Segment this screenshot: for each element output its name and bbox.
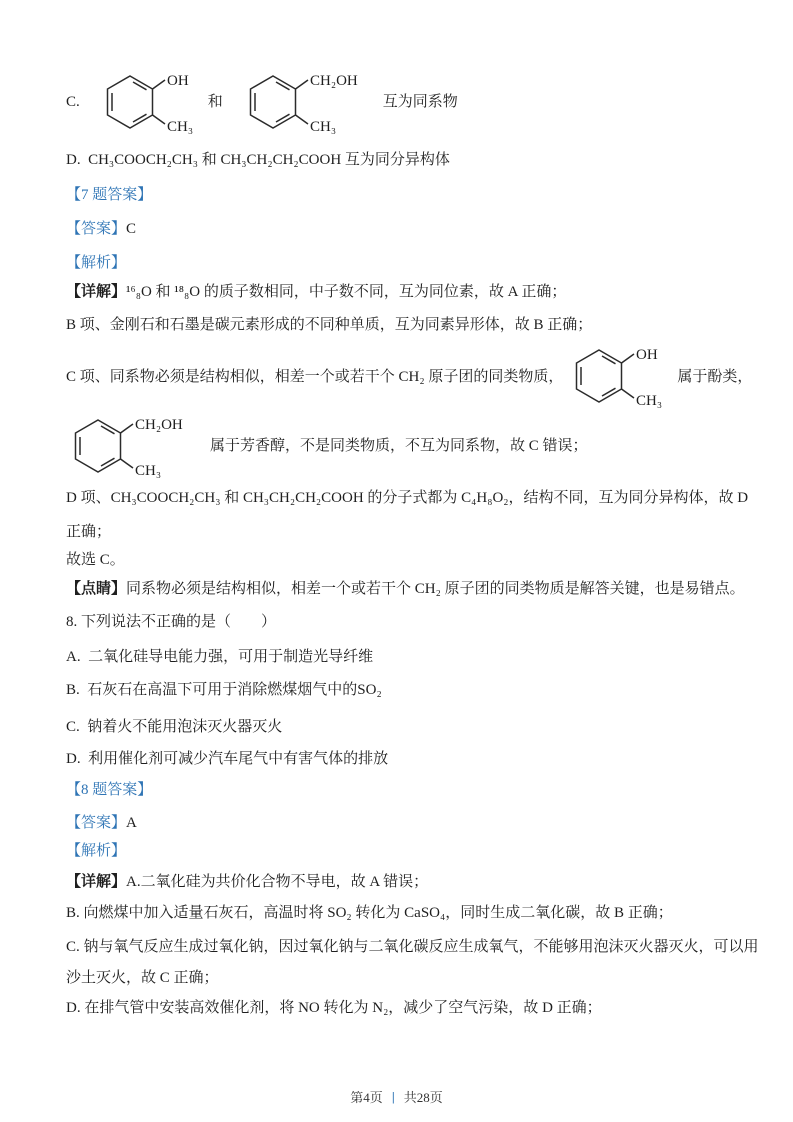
footer-total-pages: 共28页	[404, 1087, 443, 1106]
q7-answer-label: 【答案】	[66, 221, 126, 237]
q7-answer-row: 【答案】C	[66, 218, 136, 240]
q8-detail-line-c1: C. 钠与氧气反应生成过氧化钠，因过氧化钠与二氧化碳反应生成氧气，不能够用泡沫灭…	[66, 936, 759, 958]
q8-option-d: D. 利用催化剂可减少汽车尾气中有害气体的排放	[66, 748, 388, 770]
substituent-label-bottom: CH₃	[636, 393, 662, 409]
q8-option-b-text: 石灰石在高温下可用于消除燃煤烟气中的SO₂	[87, 682, 381, 698]
q7-tip-text: 同系物必须是结构相似，相差一个或若干个 CH₂ 原子团的同类物质是解答关键，也是…	[126, 581, 745, 597]
q7-answer-header: 【7 题答案】	[66, 184, 152, 206]
q8-answer-row: 【答案】A	[66, 812, 137, 834]
q7-option-d-text: CH₃COOCH₂CH₃ 和 CH₃CH₂CH₂COOH 互为同分异构体	[88, 152, 450, 168]
substituent-label-top: CH₂OH	[135, 417, 183, 433]
q8-answer-header: 【8 题答案】	[66, 779, 152, 801]
q7-answer-value: C	[126, 221, 136, 237]
q7-detail-line-c2: CH₂OH CH₃ 属于芳香醇，不是同类物质，不互为同系物，故 C 错误；	[66, 410, 588, 482]
q8-detail-line-a: 【详解】A.二氧化硅为共价化合物不导电，故 A 错误；	[66, 871, 428, 893]
q7-detail-c-mid: 属于酚类，	[677, 366, 752, 388]
q7-analysis-label: 【解析】	[66, 252, 126, 274]
q8-option-d-text: 利用催化剂可减少汽车尾气中有害气体的排放	[88, 751, 388, 767]
q8-detail-line-b: B. 向燃煤中加入适量石灰石，高温时将 SO₂ 转化为 CaSO₄，同时生成二氧…	[66, 902, 673, 924]
benzene-ring-diagram-phenol-small: OH CH₃	[563, 338, 663, 416]
q7-option-c-text: 互为同系物	[383, 91, 458, 113]
footer-page-number: 第4页	[350, 1087, 383, 1106]
q8-analysis-label: 【解析】	[66, 840, 126, 862]
q7-option-c-label: C.	[66, 91, 80, 113]
q7-tip-label: 【点睛】	[66, 581, 126, 597]
q7-detail-label: 【详解】	[66, 284, 126, 300]
q8-option-b: B. 石灰石在高温下可用于消除燃煤烟气中的SO₂	[66, 679, 382, 701]
q7-conclusion: 故选 C。	[66, 549, 125, 571]
q8-detail-a-text: A.二氧化硅为共价化合物不导电，故 A 错误；	[126, 874, 428, 890]
q8-option-c: C. 钠着火不能用泡沫灭火器灭火	[66, 716, 282, 738]
footer-separator: |	[392, 1089, 395, 1105]
substituent-label-top: OH	[167, 73, 189, 89]
q8-option-b-label: B.	[66, 682, 80, 698]
benzene-ring-diagram-alcohol-small: CH₂OH CH₃	[66, 410, 194, 482]
substituent-label-bottom: CH₃	[135, 463, 161, 479]
q7-tip-line: 【点睛】同系物必须是结构相似，相差一个或若干个 CH₂ 原子团的同类物质是解答关…	[66, 578, 745, 600]
substituent-label-bottom: CH₃	[310, 119, 336, 135]
q7-detail-c-prefix: C 项、同系物必须是结构相似，相差一个或若干个 CH₂ 原子团的同类物质，	[66, 366, 563, 388]
q8-option-d-label: D.	[66, 751, 81, 767]
q8-option-a: A. 二氧化硅导电能力强，可用于制造光导纤维	[66, 646, 373, 668]
q7-detail-line-d2: 正确；	[66, 521, 111, 543]
q7-detail-line-a: 【详解】¹⁶₈O 和 ¹⁸₈O 的质子数相同，中子数不同，互为同位素，故 A 正…	[66, 281, 566, 303]
q7-option-d-label: D.	[66, 152, 81, 168]
q8-detail-label: 【详解】	[66, 874, 126, 890]
substituent-label-top: OH	[636, 347, 658, 363]
q8-answer-label: 【答案】	[66, 815, 126, 831]
q7-option-d: D. CH₃COOCH₂CH₃ 和 CH₃CH₂CH₂COOH 互为同分异构体	[66, 149, 450, 171]
q7-detail-line-c1: C 项、同系物必须是结构相似，相差一个或若干个 CH₂ 原子团的同类物质， OH…	[66, 338, 752, 416]
q8-option-a-text: 二氧化硅导电能力强，可用于制造光导纤维	[88, 649, 373, 665]
q8-answer-value: A	[126, 815, 137, 831]
substituent-label-top: CH₂OH	[310, 73, 358, 89]
q7-detail-line-d1: D 项、CH₃COOCH₂CH₃ 和 CH₃CH₂CH₂COOH 的分子式都为 …	[66, 487, 748, 509]
q8-stem: 8. 下列说法不正确的是（ ）	[66, 611, 276, 633]
q7-option-c-and: 和	[208, 91, 223, 113]
q8-option-a-label: A.	[66, 649, 81, 665]
q8-detail-line-c2: 沙土灭火，故 C 正确；	[66, 967, 219, 989]
q7-detail-a-text: ¹⁶₈O 和 ¹⁸₈O 的质子数相同，中子数不同，互为同位素，故 A 正确；	[126, 284, 566, 300]
q7-detail-line-b: B 项、金刚石和石墨是碳元素形成的不同种单质，互为同素异形体，故 B 正确；	[66, 314, 592, 336]
q7-detail-c-suffix: 属于芳香醇，不是同类物质，不互为同系物，故 C 错误；	[210, 435, 588, 457]
q8-option-c-label: C.	[66, 719, 80, 735]
substituent-label-bottom: CH₃	[167, 119, 193, 135]
q8-detail-line-d: D. 在排气管中安装高效催化剂，将 NO 转化为 N₂，减少了空气污染，故 D …	[66, 997, 602, 1019]
benzene-ring-diagram-phenol: OH CH₃	[86, 56, 202, 148]
page-footer: 第4页 | 共28页	[0, 1087, 793, 1106]
document-page: C. OH CH₃ 和 CH₂OH CH₃	[0, 0, 793, 1122]
benzene-ring-diagram-alcohol: CH₂OH CH₃	[229, 56, 349, 148]
q7-option-c-row: C. OH CH₃ 和 CH₂OH CH₃	[66, 56, 458, 148]
q8-option-c-text: 钠着火不能用泡沫灭火器灭火	[87, 719, 282, 735]
